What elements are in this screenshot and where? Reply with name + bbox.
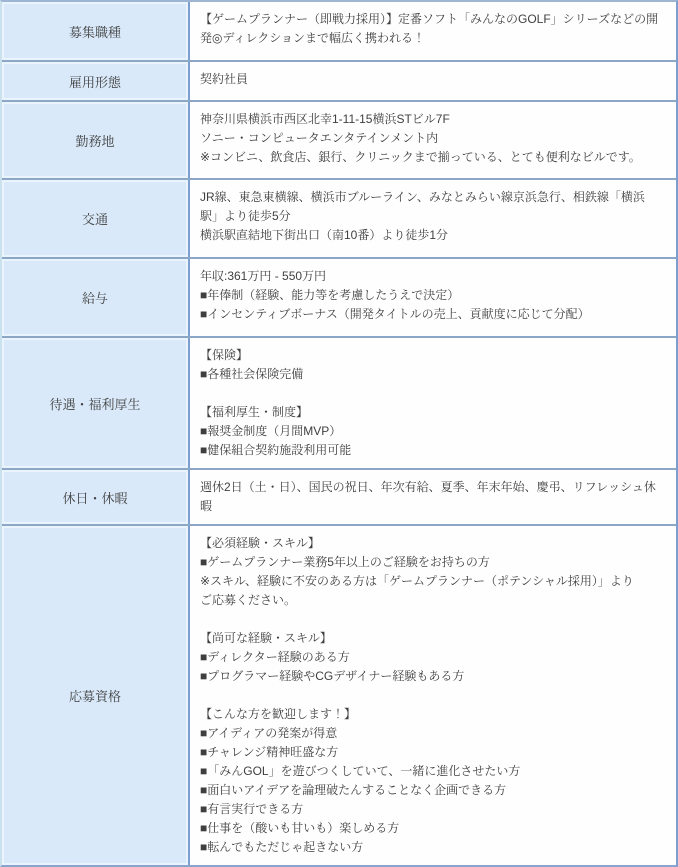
content-line: ■年俸制（経験、能力等を考慮したうえで決定） [200, 286, 662, 305]
content-line: 神奈川県横浜市西区北幸1-11-15横浜STビル7F [200, 110, 662, 129]
row-label: 休日・休暇 [2, 470, 190, 524]
content-line: 【保険】 [200, 346, 662, 365]
table-row: 給与 年収:361万円 - 550万円■年俸制（経験、能力等を考慮したうえで決定… [2, 259, 676, 338]
table-row: 休日・休暇 週休2日（土・日）、国民の祝日、年次有給、夏季、年末年始、慶弔、リフ… [2, 470, 676, 526]
content-line: ■インセンティブボーナス（開発タイトルの売上、貢献度に応じて分配） [200, 305, 662, 324]
content-line: ■報奨金制度（月間MVP） [200, 422, 662, 441]
content-line: ■転んでもただじゃ起きない方 [200, 838, 662, 857]
content-line [200, 384, 662, 403]
row-label: 給与 [2, 259, 190, 336]
table-row: 勤務地 神奈川県横浜市西区北幸1-11-15横浜STビル7Fソニー・コンピュータ… [2, 102, 676, 180]
row-label: 雇用形態 [2, 62, 190, 100]
content-line [200, 610, 662, 629]
content-line: 年収:361万円 - 550万円 [200, 267, 662, 286]
row-content: 週休2日（土・日）、国民の祝日、年次有給、夏季、年末年始、慶弔、リフレッシュ休暇 [190, 470, 676, 524]
content-line: ■ゲームプランナー業務5年以上のご経験をお持ちの方 [200, 553, 662, 572]
row-content: 【保険】■各種社会保険完備【福利厚生・制度】■報奨金制度（月間MVP）■健保組合… [190, 338, 676, 468]
content-line: 週休2日（土・日）、国民の祝日、年次有給、夏季、年末年始、慶弔、リフレッシュ休暇 [200, 478, 662, 516]
table-row: 交通 JR線、東急東横線、横浜市ブルーライン、みなとみらい線京浜急行、相鉄線「横… [2, 180, 676, 259]
content-line: ■仕事を（酸いも甘いも）楽しめる方 [200, 819, 662, 838]
row-label: 待遇・福利厚生 [2, 338, 190, 468]
content-line: ご応募ください。 [200, 591, 662, 610]
content-line: ■「みんGOL」を遊びつくしていて、一緒に進化させたい方 [200, 762, 662, 781]
row-content: 契約社員 [190, 62, 676, 100]
content-line: 【ゲームプランナー（即戦力採用）】定番ソフト「みんなのGOLF」シリーズなどの開… [200, 10, 662, 48]
table-row: 応募資格 【必須経験・スキル】■ゲームプランナー業務5年以上のご経験をお持ちの方… [2, 526, 676, 865]
content-line: ■有言実行できる方 [200, 800, 662, 819]
content-line: ■健保組合契約施設利用可能 [200, 441, 662, 460]
content-line: JR線、東急東横線、横浜市ブルーライン、みなとみらい線京浜急行、相鉄線「横浜駅」… [200, 188, 662, 226]
content-line: ■ディレクター経験のある方 [200, 648, 662, 667]
row-label: 交通 [2, 180, 190, 257]
row-label: 勤務地 [2, 102, 190, 178]
content-line: ■各種社会保険完備 [200, 365, 662, 384]
content-line: ※スキル、経験に不安のある方は「ゲームプランナー（ポテンシャル採用）」より [200, 572, 662, 591]
row-content: 神奈川県横浜市西区北幸1-11-15横浜STビル7Fソニー・コンピュータエンタテ… [190, 102, 676, 178]
row-content: JR線、東急東横線、横浜市ブルーライン、みなとみらい線京浜急行、相鉄線「横浜駅」… [190, 180, 676, 257]
content-line: 【福利厚生・制度】 [200, 403, 662, 422]
row-content: 年収:361万円 - 550万円■年俸制（経験、能力等を考慮したうえで決定）■イ… [190, 259, 676, 336]
content-line: ※コンビニ、飲食店、銀行、クリニックまで揃っている、とても便利なビルです。 [200, 148, 662, 167]
content-line: ■チャレンジ精神旺盛な方 [200, 743, 662, 762]
row-content: 【必須経験・スキル】■ゲームプランナー業務5年以上のご経験をお持ちの方※スキル、… [190, 526, 676, 865]
job-posting-table: 募集職種 【ゲームプランナー（即戦力採用）】定番ソフト「みんなのGOLF」シリー… [0, 0, 678, 867]
content-line: 横浜駅直結地下街出口（南10番）より徒歩1分 [200, 226, 662, 245]
content-line: 【尚可な経験・スキル】 [200, 629, 662, 648]
content-line: 契約社員 [200, 70, 662, 89]
content-line: ソニー・コンピュータエンタテインメント内 [200, 129, 662, 148]
content-line: 【こんな方を歓迎します！】 [200, 705, 662, 724]
content-line: ■アイディアの発案が得意 [200, 724, 662, 743]
content-line: ■プログラマー経験やCGデザイナー経験もある方 [200, 667, 662, 686]
content-line: ■面白いアイデアを論理破たんすることなく企画できる方 [200, 781, 662, 800]
content-line [200, 686, 662, 705]
content-line: 【必須経験・スキル】 [200, 534, 662, 553]
table-row: 募集職種 【ゲームプランナー（即戦力採用）】定番ソフト「みんなのGOLF」シリー… [2, 2, 676, 62]
row-label: 応募資格 [2, 526, 190, 865]
table-row: 待遇・福利厚生 【保険】■各種社会保険完備【福利厚生・制度】■報奨金制度（月間M… [2, 338, 676, 470]
row-label: 募集職種 [2, 2, 190, 60]
table-row: 雇用形態 契約社員 [2, 62, 676, 102]
row-content: 【ゲームプランナー（即戦力採用）】定番ソフト「みんなのGOLF」シリーズなどの開… [190, 2, 676, 60]
